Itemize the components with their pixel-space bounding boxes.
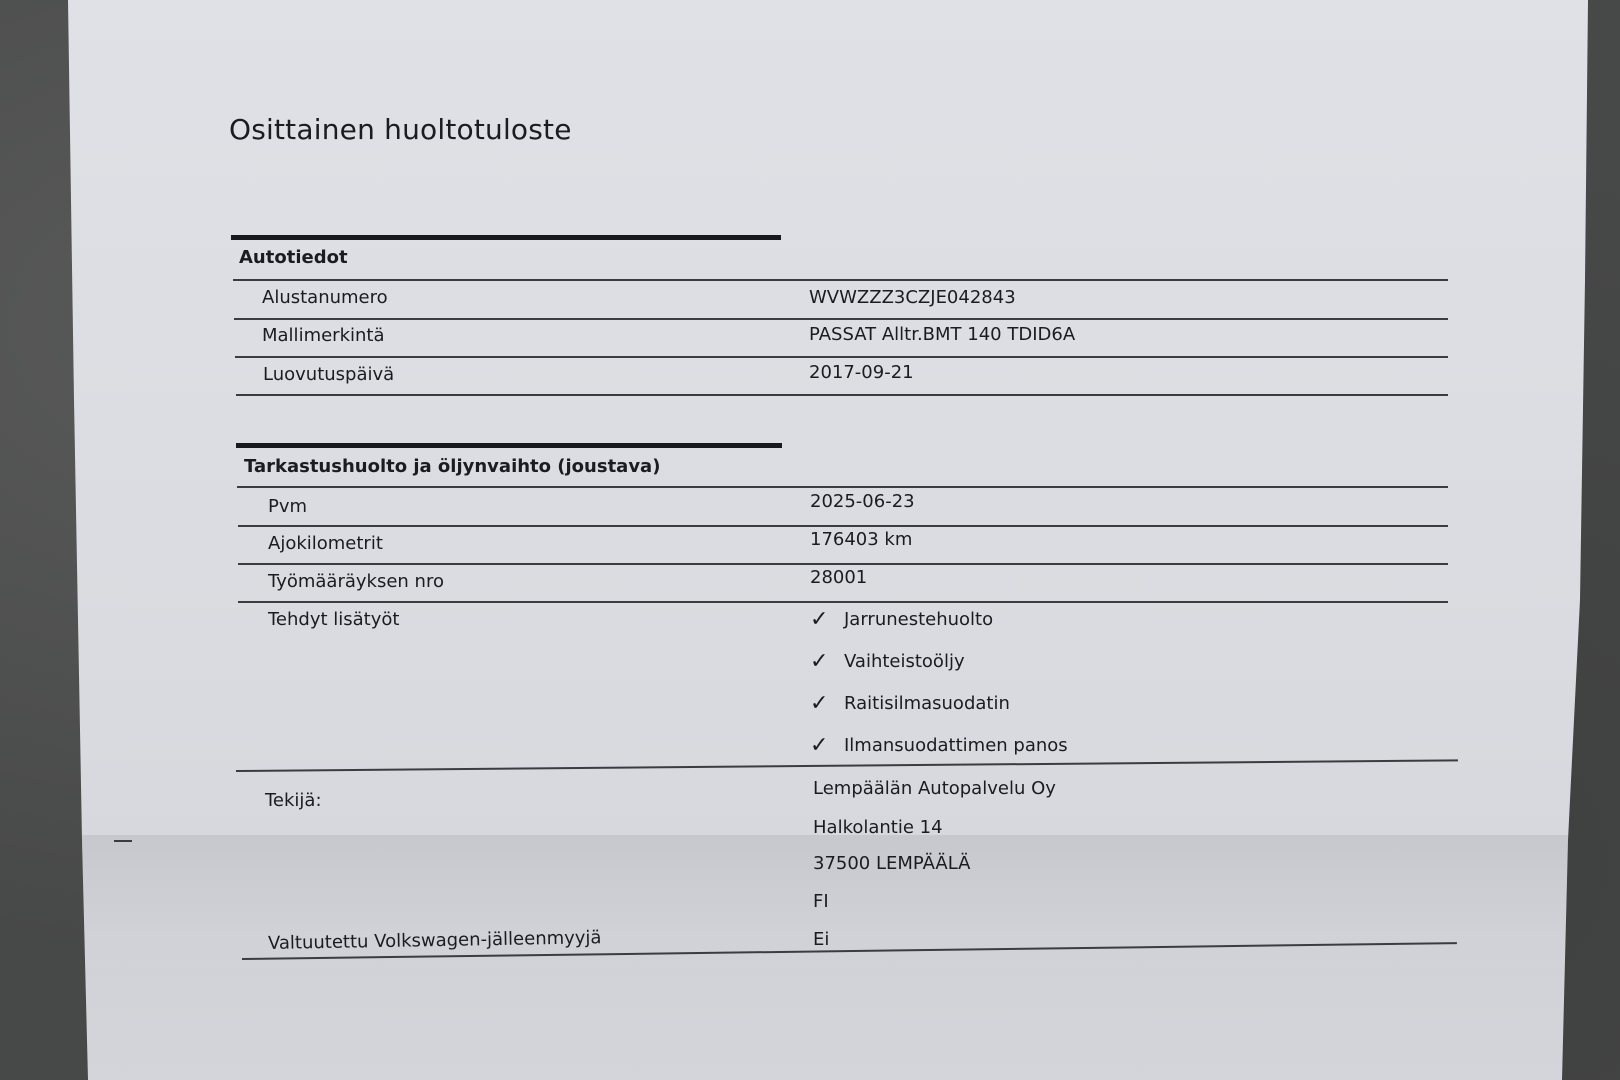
checkmark-icon: ✓ xyxy=(810,691,834,716)
performer-name: Lempäälän Autopalvelu Oy xyxy=(813,778,1056,799)
date-value: 2025-06-23 xyxy=(810,491,915,512)
performer-country: FI xyxy=(813,891,829,912)
row-divider xyxy=(237,486,1448,488)
mileage-value: 176403 km xyxy=(810,529,912,550)
performer-street: Halkolantie 14 xyxy=(813,817,943,838)
row-divider xyxy=(238,601,1448,603)
work-order-label: Työmääräyksen nro xyxy=(268,571,444,592)
extra-work-item: ✓ Ilmansuodattimen panos xyxy=(810,733,1068,758)
delivery-date-value: 2017-09-21 xyxy=(809,362,914,383)
extra-work-label: Tehdyt lisätyöt xyxy=(268,609,399,630)
mileage-label: Ajokilometrit xyxy=(268,533,383,554)
row-divider xyxy=(236,394,1448,396)
extra-work-item: ✓ Raitisilmasuodatin xyxy=(810,691,1010,716)
row-divider xyxy=(233,279,1448,281)
authorized-dealer-value: Ei xyxy=(813,929,829,950)
performer-label: Tekijä: xyxy=(265,790,322,811)
checkmark-icon: ✓ xyxy=(810,733,834,758)
extra-work-item: ✓ Vaihteistoöljy xyxy=(810,649,965,674)
service-section-heading: Tarkastushuolto ja öljynvaihto (joustava… xyxy=(244,456,660,477)
model-value: PASSAT Alltr.BMT 140 TDID6A xyxy=(809,324,1075,345)
section-divider-thick xyxy=(231,235,781,240)
work-order-value: 28001 xyxy=(810,567,867,588)
vin-label: Alustanumero xyxy=(262,287,388,308)
vehicle-section-heading: Autotiedot xyxy=(239,247,348,268)
extra-work-item: ✓ Jarrunestehuolto xyxy=(810,607,993,632)
row-divider xyxy=(238,563,1448,565)
delivery-date-label: Luovutuspäivä xyxy=(263,364,394,385)
extra-work-item-label: Vaihteistoöljy xyxy=(844,651,965,672)
performer-postal: 37500 LEMPÄÄLÄ xyxy=(813,853,971,874)
section-divider-thick xyxy=(236,443,782,448)
print-mark xyxy=(114,840,132,842)
document-title: Osittainen huoltotuloste xyxy=(229,113,572,146)
model-label: Mallimerkintä xyxy=(262,325,385,346)
row-divider xyxy=(234,318,1448,320)
row-divider xyxy=(238,525,1448,527)
extra-work-item-label: Ilmansuodattimen panos xyxy=(844,735,1068,756)
date-label: Pvm xyxy=(268,496,307,517)
row-divider xyxy=(235,356,1448,358)
vin-value: WVWZZZ3CZJE042843 xyxy=(809,287,1016,308)
checkmark-icon: ✓ xyxy=(810,607,834,632)
extra-work-item-label: Raitisilmasuodatin xyxy=(844,693,1010,714)
checkmark-icon: ✓ xyxy=(810,649,834,674)
extra-work-item-label: Jarrunestehuolto xyxy=(844,609,993,630)
